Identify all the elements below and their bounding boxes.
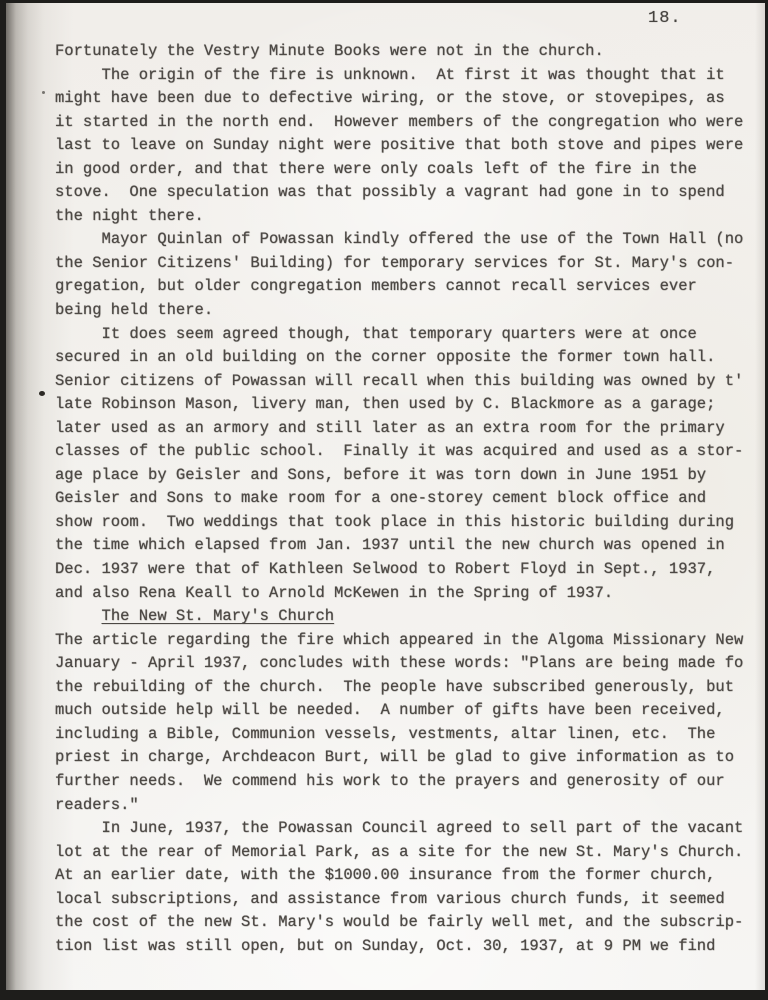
text-line: gregation, but older congregation member… xyxy=(55,275,755,299)
text-line: The origin of the fire is unknown. At fi… xyxy=(55,64,755,88)
text-line: stove. One speculation was that possibly… xyxy=(55,181,755,205)
text-line: local subscriptions, and assistance from… xyxy=(55,888,755,912)
text-line: further needs. We commend his work to th… xyxy=(55,770,755,794)
text-line: Dec. 1937 were that of Kathleen Selwood … xyxy=(55,558,755,582)
text-line: it started in the north end. However mem… xyxy=(55,111,755,135)
text-line: age place by Geisler and Sons, before it… xyxy=(55,464,755,488)
text-line: late Robinson Mason, livery man, then us… xyxy=(55,393,755,417)
typed-text-block: Fortunately the Vestry Minute Books were… xyxy=(55,40,755,958)
text-line: In June, 1937, the Powassan Council agre… xyxy=(55,817,755,841)
text-line: classes of the public school. Finally it… xyxy=(55,440,755,464)
text-line: It does seem agreed though, that tempora… xyxy=(55,323,755,347)
page-edge-shade xyxy=(755,3,765,990)
text-line: the Senior Citizens' Building) for tempo… xyxy=(55,252,755,276)
text-line: January - April 1937, concludes with the… xyxy=(55,652,755,676)
text-line: priest in charge, Archdeacon Burt, will … xyxy=(55,746,755,770)
ink-speck xyxy=(42,91,45,94)
text-line: Fortunately the Vestry Minute Books were… xyxy=(55,40,755,64)
text-line: being held there. xyxy=(55,299,755,323)
text-line: the night there. xyxy=(55,205,755,229)
text-line: lot at the rear of Memorial Park, as a s… xyxy=(55,841,755,865)
text-line: the cost of the new St. Mary's would be … xyxy=(55,911,755,935)
ink-speck xyxy=(39,391,45,396)
text-line: much outside help will be needed. A numb… xyxy=(55,699,755,723)
scan-frame: 18. Fortunately the Vestry Minute Books … xyxy=(0,0,768,1000)
text-line: Geisler and Sons to make room for a one-… xyxy=(55,487,755,511)
text-line: last to leave on Sunday night were posit… xyxy=(55,134,755,158)
text-line: might have been due to defective wiring,… xyxy=(55,87,755,111)
text-line: the rebuilding of the church. The people… xyxy=(55,676,755,700)
text-line: At an earlier date, with the $1000.00 in… xyxy=(55,864,755,888)
text-line: including a Bible, Communion vessels, ve… xyxy=(55,723,755,747)
text-line: the time which elapsed from Jan. 1937 un… xyxy=(55,534,755,558)
text-line: tion list was still open, but on Sunday,… xyxy=(55,935,755,959)
text-line: Senior citizens of Powassan will recall … xyxy=(55,370,755,394)
text-line: secured in an old building on the corner… xyxy=(55,346,755,370)
text-line: show room. Two weddings that took place … xyxy=(55,511,755,535)
page-number: 18. xyxy=(648,9,682,28)
text-line: The article regarding the fire which app… xyxy=(55,629,755,653)
text-line: in good order, and that there were only … xyxy=(55,158,755,182)
text-line: Mayor Quinlan of Powassan kindly offered… xyxy=(55,228,755,252)
text-line: later used as an armory and still later … xyxy=(55,417,755,441)
section-heading: The New St. Mary's Church xyxy=(55,605,755,629)
document-page: 18. Fortunately the Vestry Minute Books … xyxy=(6,3,765,990)
text-line: and also Rena Keall to Arnold McKewen in… xyxy=(55,582,755,606)
text-line: readers." xyxy=(55,794,755,818)
